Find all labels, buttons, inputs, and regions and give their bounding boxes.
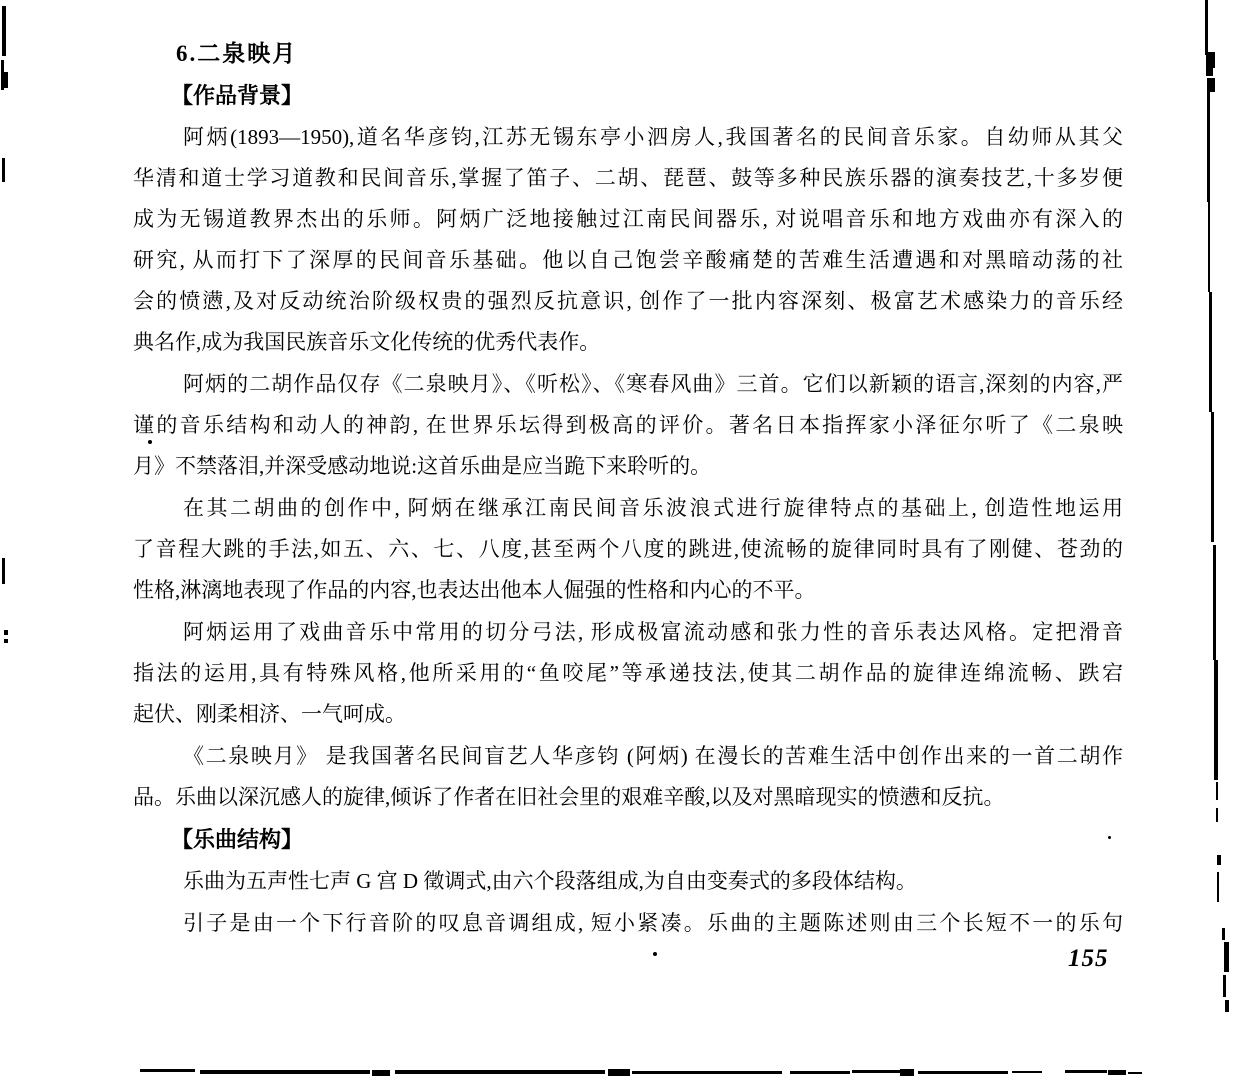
text-line: 会的愤懑,及对反动统治阶级权贵的强烈反抗意识, 创作了一批内容深刻、极富艺术感染… [133,281,1123,322]
scan-artifact [200,1070,370,1074]
scan-artifact [395,1070,605,1074]
doc-title: 6.二泉映月 [133,33,1123,74]
scan-artifact [1222,928,1225,940]
text-line: 华清和道士学习道教和民间音乐,掌握了笛子、二胡、琵琶、鼓等多种民族乐器的演奏技艺… [133,158,1123,199]
scan-artifact [1108,836,1111,839]
text-line: 起伏、刚柔相济、一气呵成。 [133,694,1123,735]
text-line: 阿炳(1893—1950),道名华彦钧,江苏无锡东亭小泗房人,我国著名的民间音乐… [133,117,1123,158]
scan-artifact [900,1069,914,1076]
text-line: 月》不禁落泪,并深受感动地说:这首乐曲是应当跪下来聆听的。 [133,446,1123,487]
scan-artifact [1065,1070,1107,1073]
text-line: 阿炳运用了戏曲音乐中常用的切分弓法, 形成极富流动感和张力性的音乐表达风格。定把… [133,612,1123,653]
scan-artifact [1012,1071,1042,1073]
text-line: 阿炳的二胡作品仅存《二泉映月》、《听松》、《寒春风曲》三首。它们以新颖的语言,深… [133,364,1123,405]
scan-artifact [1216,808,1218,822]
scan-artifact [1223,975,1226,997]
scanned-book-page: { "document": { "page_number": "155", "b… [0,0,1233,1092]
text-column: 6.二泉映月【作品背景】阿炳(1893—1950),道名华彦钧,江苏无锡东亭小泗… [133,33,1123,944]
text-line: 在其二胡曲的创作中, 阿炳在继承江南民间音乐波浪式进行旋律特点的基础上, 创造性… [133,488,1123,529]
text-line: 了音程大跳的手法,如五、六、七、八度,甚至两个八度的跳进,使流畅的旋律同时具有了… [133,529,1123,570]
text-line: 品。乐曲以深沉感人的旋律,倾诉了作者在旧社会里的艰难辛酸,以及对黑暗现实的愤懑和… [133,777,1123,818]
text-line: 研究, 从而打下了深厚的民间音乐基础。他以自己饱尝辛酸痛楚的苦难生活遭遇和对黑暗… [133,240,1123,281]
text-line: 引子是由一个下行音阶的叹息音调组成, 短小紧凑。乐曲的主题陈述则由三个长短不一的… [133,903,1123,944]
scan-artifact [1211,412,1214,542]
scan-artifact [4,639,8,643]
scan-artifact [653,952,657,956]
text-line: 乐曲为五声性七声 G 宫 D 徵调式,由六个段落组成,为自由变奏式的多段体结构。 [133,861,1123,902]
scan-artifact [918,1071,1008,1074]
scan-artifact [608,1069,630,1076]
text-line: 谨的音乐结构和动人的神韵, 在世界乐坛得到极高的评价。著名日本指挥家小泽征尔听了… [133,405,1123,446]
scan-artifact [4,630,8,635]
scan-artifact [1209,292,1212,412]
page-number: 155 [1068,945,1109,973]
scan-artifact [372,1070,390,1076]
scan-artifact [632,1071,782,1074]
section-heading: 【乐曲结构】 [133,819,1123,860]
scan-artifact [2,558,5,584]
scan-artifact [140,1069,195,1072]
scan-artifact [1224,942,1229,972]
scan-artifact [852,1070,900,1073]
scan-artifact [3,72,8,88]
text-line: 典名作,成为我国民族音乐文化传统的优秀代表作。 [133,322,1123,363]
scan-artifact [2,158,5,182]
scan-artifact [1217,855,1221,865]
text-line: 性格,淋漓地表现了作品的内容,也表达出他本人倔强的性格和内心的不平。 [133,570,1123,611]
scan-artifact [148,440,152,444]
section-heading: 【作品背景】 [133,75,1123,116]
scan-artifact [1213,545,1216,660]
text-line: 指法的运用,具有特殊风格,他所采用的“鱼咬尾”等承递技法,使其二胡作品的旋律连绵… [133,653,1123,694]
scan-artifact [1207,78,1215,92]
text-line: 成为无锡道教界杰出的乐师。阿炳广泛地接触过江南民间器乐, 对说唱音乐和地方戏曲亦… [133,199,1123,240]
scan-artifact [1205,0,1208,55]
scan-artifact [1108,1070,1126,1075]
scan-artifact [1214,660,1218,780]
scan-artifact [790,1071,850,1074]
text-line: 《二泉映月》 是我国著名民间盲艺人华彦钧 (阿炳) 在漫长的苦难生活中创作出来的… [133,736,1123,777]
scan-artifact [1128,1072,1142,1074]
scan-artifact [2,6,6,56]
scan-artifact [1208,202,1210,292]
scan-artifact [1206,66,1213,76]
scan-artifact [1225,1000,1229,1012]
scan-artifact [1216,782,1218,800]
scan-artifact [1207,92,1210,202]
scan-artifact [1217,872,1219,902]
